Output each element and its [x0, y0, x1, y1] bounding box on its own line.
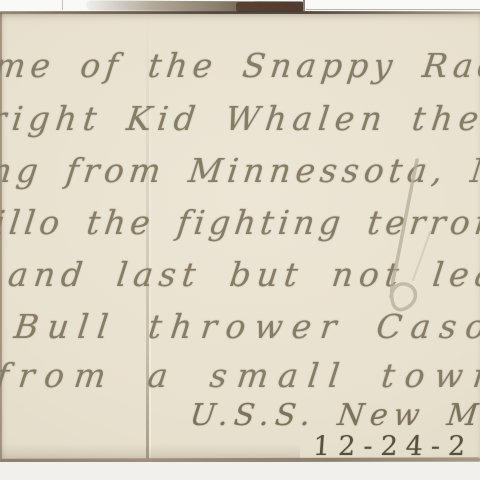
handwriting-line-1: me of the Snappy Radi: [0, 46, 480, 85]
paper-bottom-shading: [0, 444, 300, 458]
scan-hairline-left: [62, 0, 63, 10]
handwriting-line-4: illo the fighting terror: [0, 203, 480, 242]
handwriting-line-6: Bull thrower Cason: [12, 307, 480, 346]
handwriting-date: 12-24-2: [312, 431, 474, 462]
scanned-note-photo: me of the Snappy Radi right Kid Whalen t…: [0, 0, 480, 480]
handwriting-line-7: from a small town: [0, 356, 480, 395]
scan-hairline-vertical: [303, 0, 305, 11]
scan-hairline-horizontal: [306, 9, 480, 10]
paper-top-edge-shadow: [0, 11, 480, 14]
handwriting-line-5: and last but not leas: [6, 255, 480, 294]
handwriting-line-2: right Kid Whalen the Bo: [0, 99, 480, 138]
handwriting-line-ship: U.S.S. New Mex: [188, 398, 480, 433]
scan-background-bottom: [0, 462, 480, 480]
handwriting-line-3: ng from Minnessota, Nob: [0, 151, 480, 190]
